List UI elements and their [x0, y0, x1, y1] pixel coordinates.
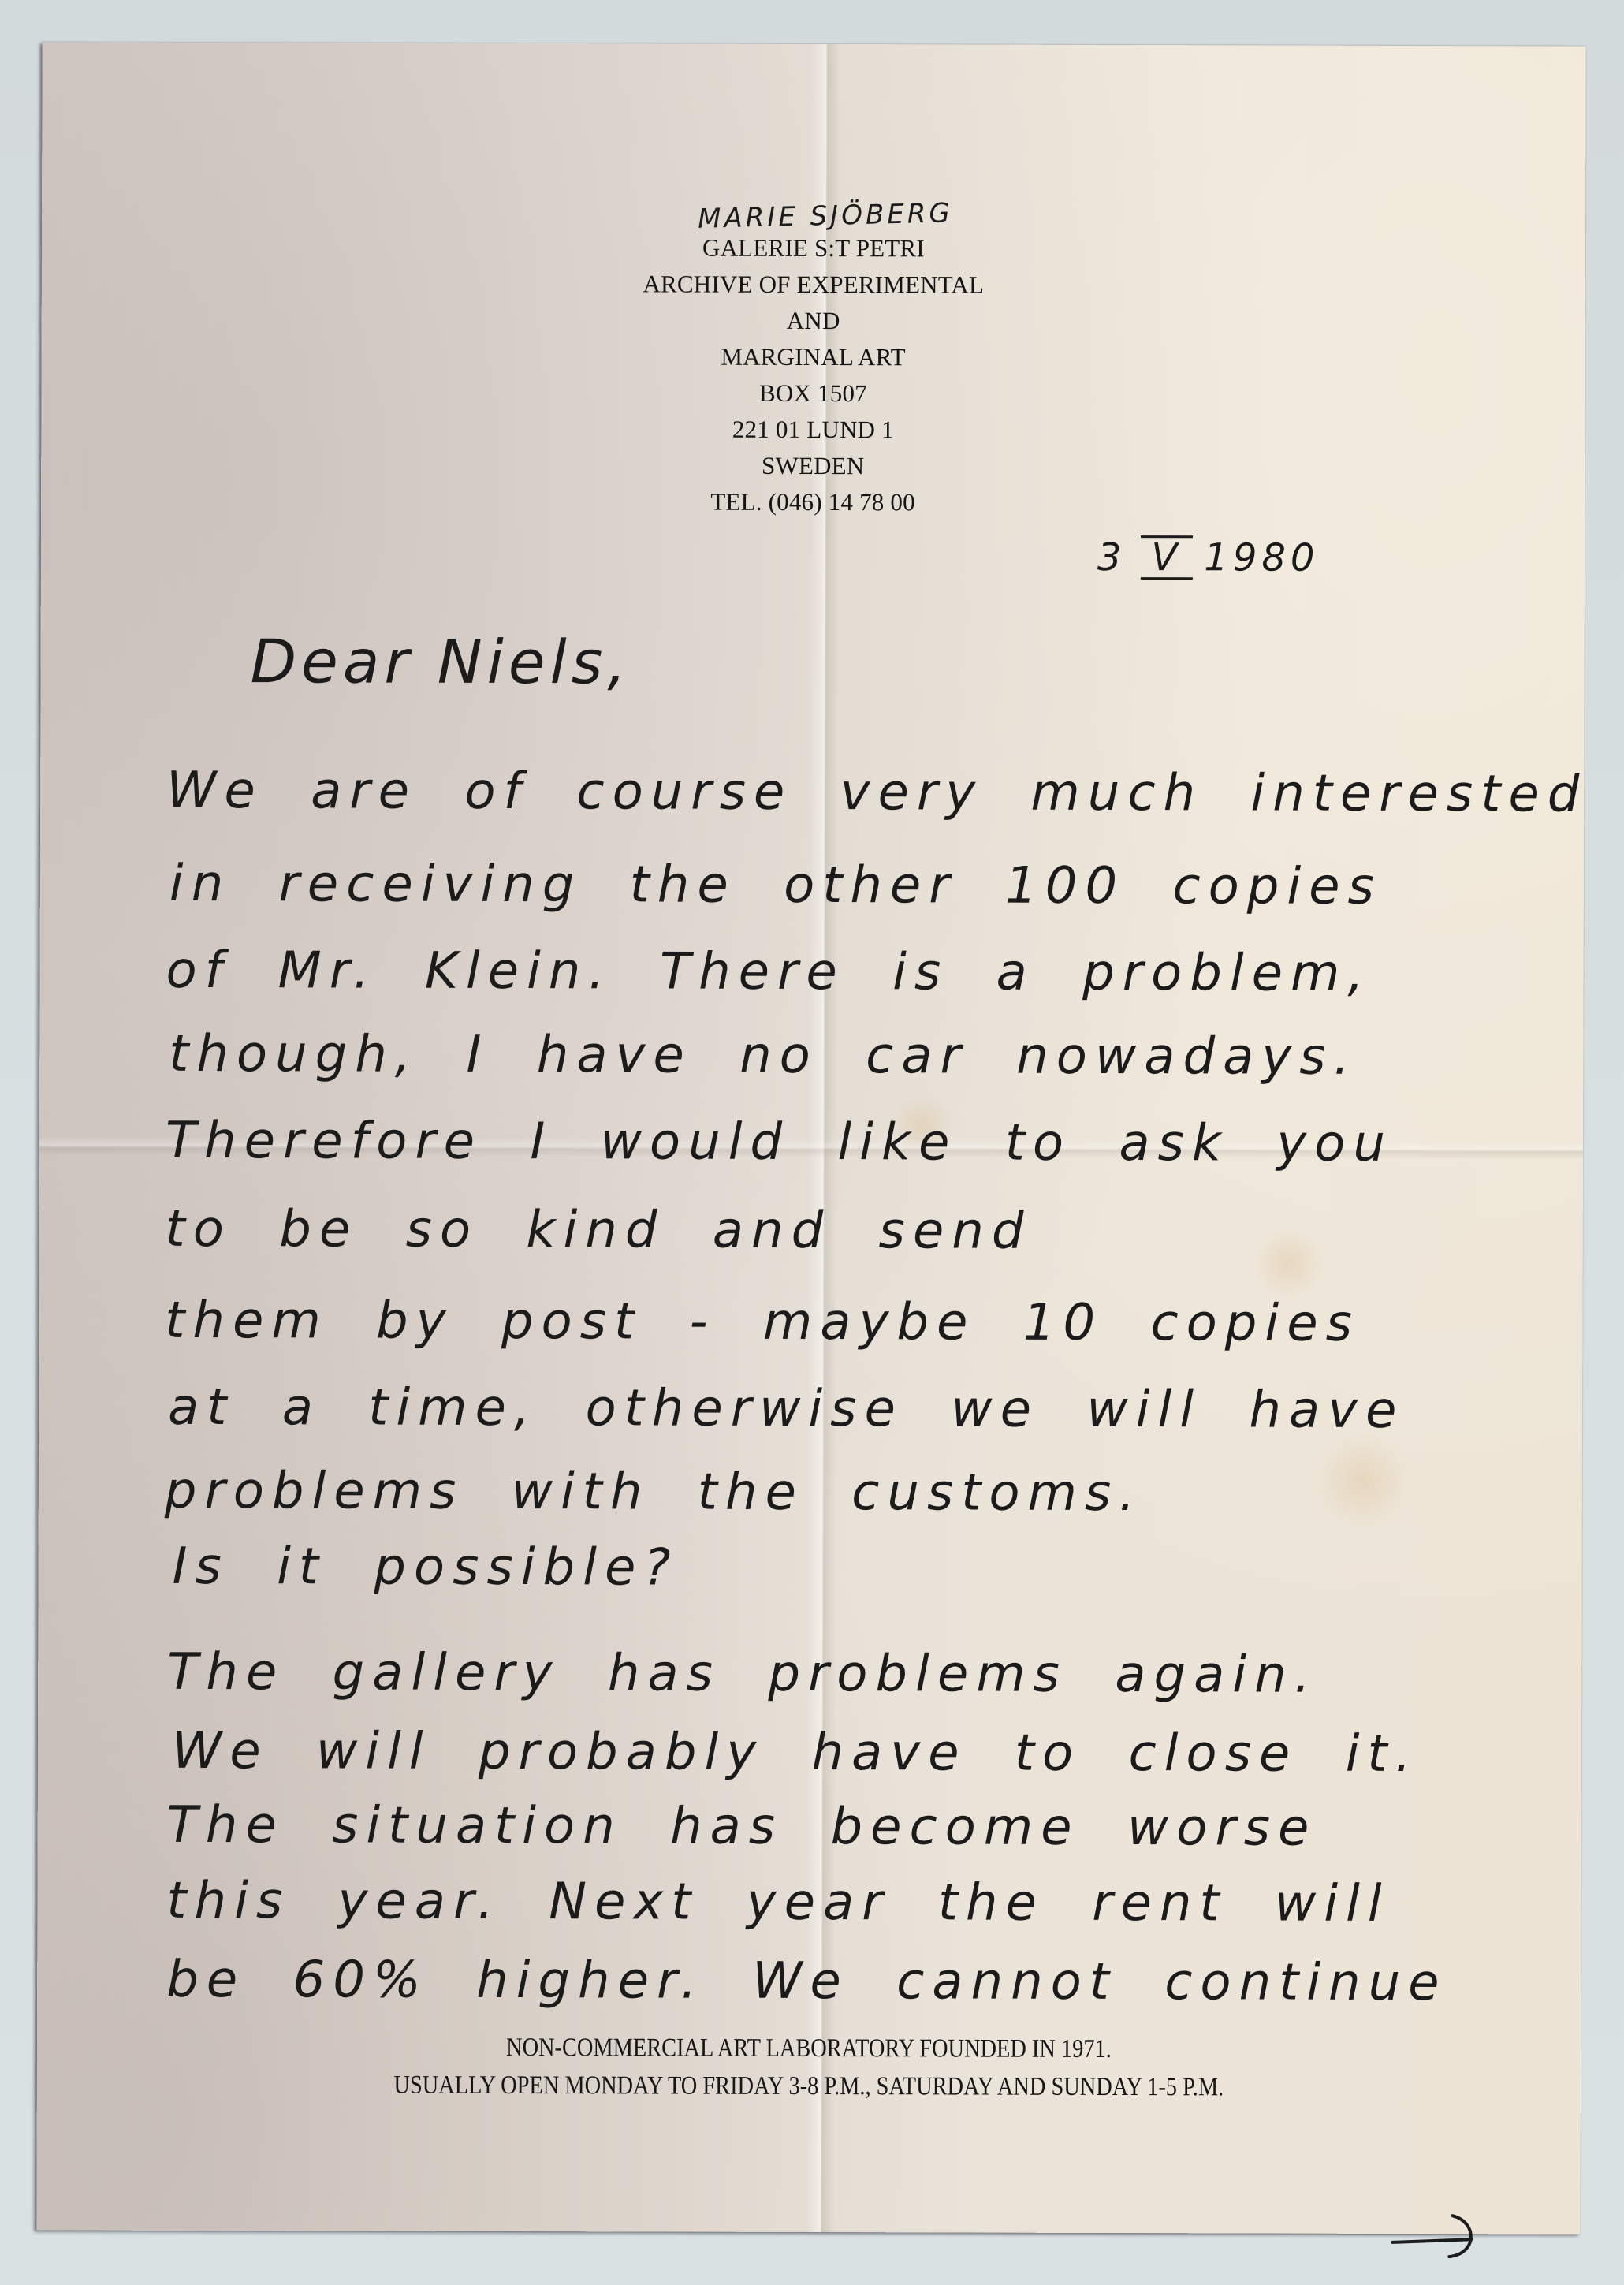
date-day: 3 [1097, 535, 1127, 580]
letterhead-address-box: BOX 1507 [41, 373, 1585, 413]
letter-date: 3V1980 [1097, 535, 1320, 580]
letter-line: in receiving the other 100 copies [169, 855, 1382, 916]
letter-line: of Mr. Klein. There is a problem, [166, 941, 1371, 1003]
letter-page: MARIE SJÖBERG GALERIE S:T PETRI ARCHIVE … [36, 42, 1585, 2234]
letterhead-line: MARGINAL ART [42, 337, 1585, 377]
letter-line: We will probably have to close it. [172, 1722, 1419, 1784]
letter-line: problems with the customs. [165, 1462, 1143, 1523]
footer-opening-hours: USUALLY OPEN MONDAY TO FRIDAY 3-8 P.M., … [145, 2066, 1473, 2107]
letter-line: this year. Next year the rent will [166, 1872, 1389, 1933]
letter-line: The gallery has problems again. [167, 1643, 1318, 1705]
letterhead: MARIE SJÖBERG GALERIE S:T PETRI ARCHIVE … [41, 199, 1585, 522]
letterhead-line: ARCHIVE OF EXPERIMENTAL [42, 264, 1585, 304]
letter-line: to be so kind and send [166, 1200, 1032, 1261]
letterhead-gallery-name: GALERIE S:T PETRI [42, 228, 1585, 268]
handwritten-sender-name: MARIE SJÖBERG [698, 199, 953, 233]
continued-arrow-icon [1389, 2208, 1476, 2260]
paper-stain [1316, 1433, 1410, 1528]
letterhead-line: AND [42, 300, 1585, 341]
letter-line: The situation has become worse [167, 1796, 1317, 1858]
letter-greeting: Dear Niels, [250, 626, 631, 697]
letterhead-address-country: SWEDEN [41, 445, 1585, 486]
letterhead-address-city: 221 01 LUND 1 [41, 409, 1585, 449]
letter-line: though, I have no car nowadays. [169, 1025, 1358, 1087]
date-month-roman: V [1140, 535, 1193, 580]
letter-line: Therefore I would like to ask you [166, 1112, 1393, 1173]
letter-line: Is it possible? [172, 1538, 678, 1597]
letter-line: them by post - maybe 10 copies [165, 1292, 1360, 1353]
letter-line: at a time, otherwise we will have [168, 1378, 1405, 1440]
letter-line: We are of course very much interested [166, 762, 1587, 824]
letterhead-footer: NON-COMMERCIAL ART LABORATORY FOUNDED IN… [37, 2027, 1581, 2107]
letterhead-telephone: TEL. (046) 14 78 00 [41, 482, 1585, 522]
date-year: 1980 [1204, 535, 1319, 580]
letter-line: be 60% higher. We cannot continue [166, 1951, 1447, 2012]
footer-founded-line: NON-COMMERCIAL ART LABORATORY FOUNDED IN… [145, 2028, 1473, 2069]
paper-stain [1253, 1228, 1324, 1299]
